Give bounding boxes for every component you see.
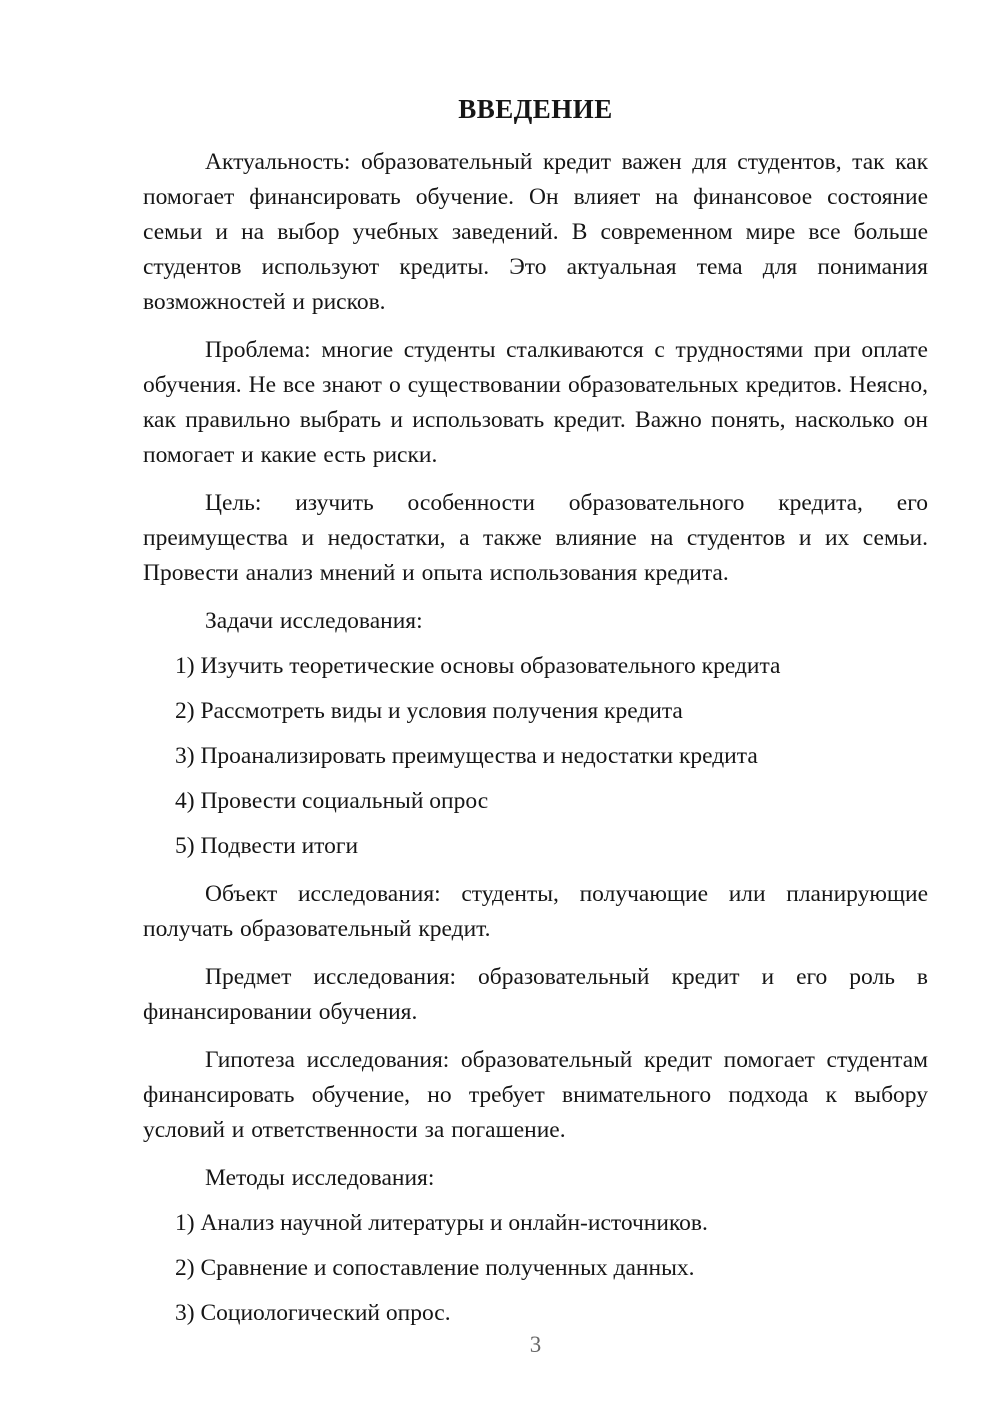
document-page: ВВЕДЕНИЕ Актуальность: образовательный к… [0, 0, 1000, 1414]
methods-heading: Методы исследования: [143, 1161, 928, 1196]
task-item-1: 1) Изучить теоретические основы образова… [175, 649, 928, 684]
page-content: ВВЕДЕНИЕ Актуальность: образовательный к… [143, 0, 928, 1331]
task-item-2: 2) Рассмотреть виды и условия получения … [175, 694, 928, 729]
paragraph-relevance: Актуальность: образовательный кредит важ… [143, 145, 928, 320]
paragraph-goal: Цель: изучить особенности образовательно… [143, 486, 928, 591]
task-item-4: 4) Провести социальный опрос [175, 784, 928, 819]
method-item-2: 2) Сравнение и сопоставление полученных … [175, 1251, 928, 1286]
method-item-3: 3) Социологический опрос. [175, 1296, 928, 1331]
paragraph-object: Объект исследования: студенты, получающи… [143, 877, 928, 947]
section-title: ВВЕДЕНИЕ [143, 94, 928, 124]
method-item-1: 1) Анализ научной литературы и онлайн-ис… [175, 1206, 928, 1241]
paragraph-subject: Предмет исследования: образовательный кр… [143, 960, 928, 1030]
paragraph-hypothesis: Гипотеза исследования: образовательный к… [143, 1043, 928, 1148]
task-item-3: 3) Проанализировать преимущества и недос… [175, 739, 928, 774]
task-item-5: 5) Подвести итоги [175, 829, 928, 864]
page-number: 3 [143, 1330, 928, 1360]
paragraph-problem: Проблема: многие студенты сталкиваются с… [143, 333, 928, 473]
tasks-heading: Задачи исследования: [143, 604, 928, 639]
